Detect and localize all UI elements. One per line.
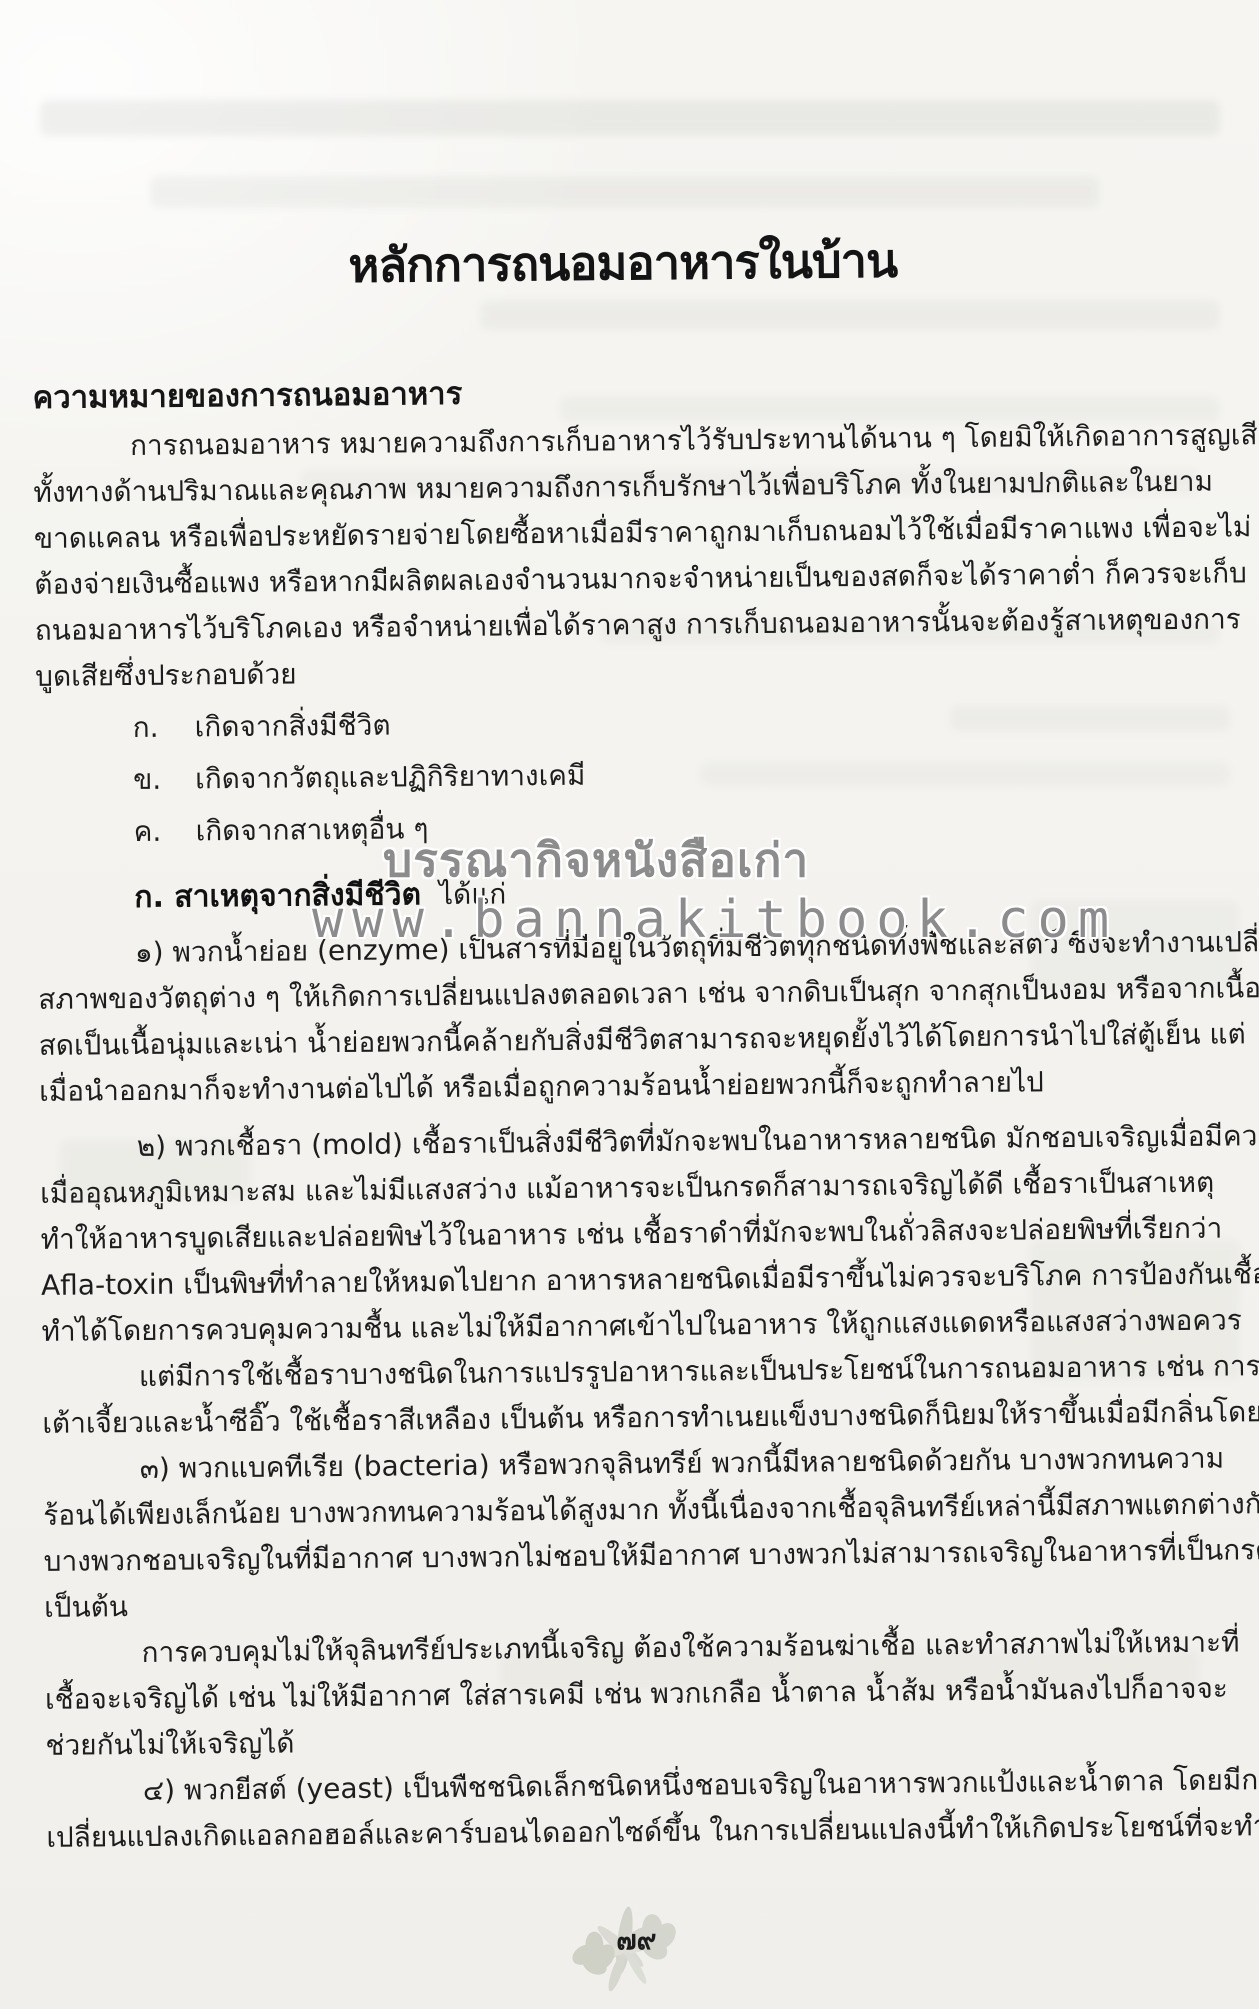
printed-content: หลักการถนอมอาหารในบ้าน ความหมายของการถนอ… [0, 0, 1259, 2009]
bacteria-control-paragraph: การควบคุมไม่ให้จุลินทรีย์ประเภทนี้เจริญ … [44, 1620, 1230, 1769]
mold-use-paragraph: แต่มีการใช้เชื้อราบางชนิดในการแปรรูปอาหา… [42, 1344, 1228, 1447]
yeast-paragraph: ๔) พวกยีสต์ (yeast) เป็นพืชชนิดเล็กชนิดห… [46, 1758, 1232, 1861]
list-item-label: เกิดจากวัตถุและปฏิกิริยาทางเคมี [195, 753, 586, 803]
bacteria-paragraph: ๓) พวกแบคทีเรีย (bacteria) หรือพวกจุลินท… [43, 1436, 1230, 1631]
list-marker: ก. [132, 704, 194, 751]
page-number: ๗๙ [601, 1918, 671, 1962]
page-title: หลักการถนอมอาหารในบ้าน [0, 219, 1253, 306]
scanned-book-page: หลักการถนอมอาหารในบ้าน ความหมายของการถนอ… [0, 0, 1259, 2009]
section-heading: ความหมายของการถนอมอาหาร [32, 368, 462, 422]
watermark-line1: บรรณากิจหนังสือเก่า [383, 824, 809, 897]
list-marker: ข. [133, 756, 195, 803]
watermark-line2: www.bannakitbook.com [312, 890, 1118, 950]
list-marker: ค. [133, 808, 195, 855]
list-item-label: เกิดจากสิ่งมีชีวิต [194, 703, 390, 751]
intro-paragraph: การถนอมอาหาร หมายความถึงการเก็บอาหารไว้ร… [33, 413, 1221, 700]
mold-paragraph: ๒) พวกเชื้อรา (mold) เชื้อราเป็นสิ่งมีชี… [40, 1114, 1227, 1355]
